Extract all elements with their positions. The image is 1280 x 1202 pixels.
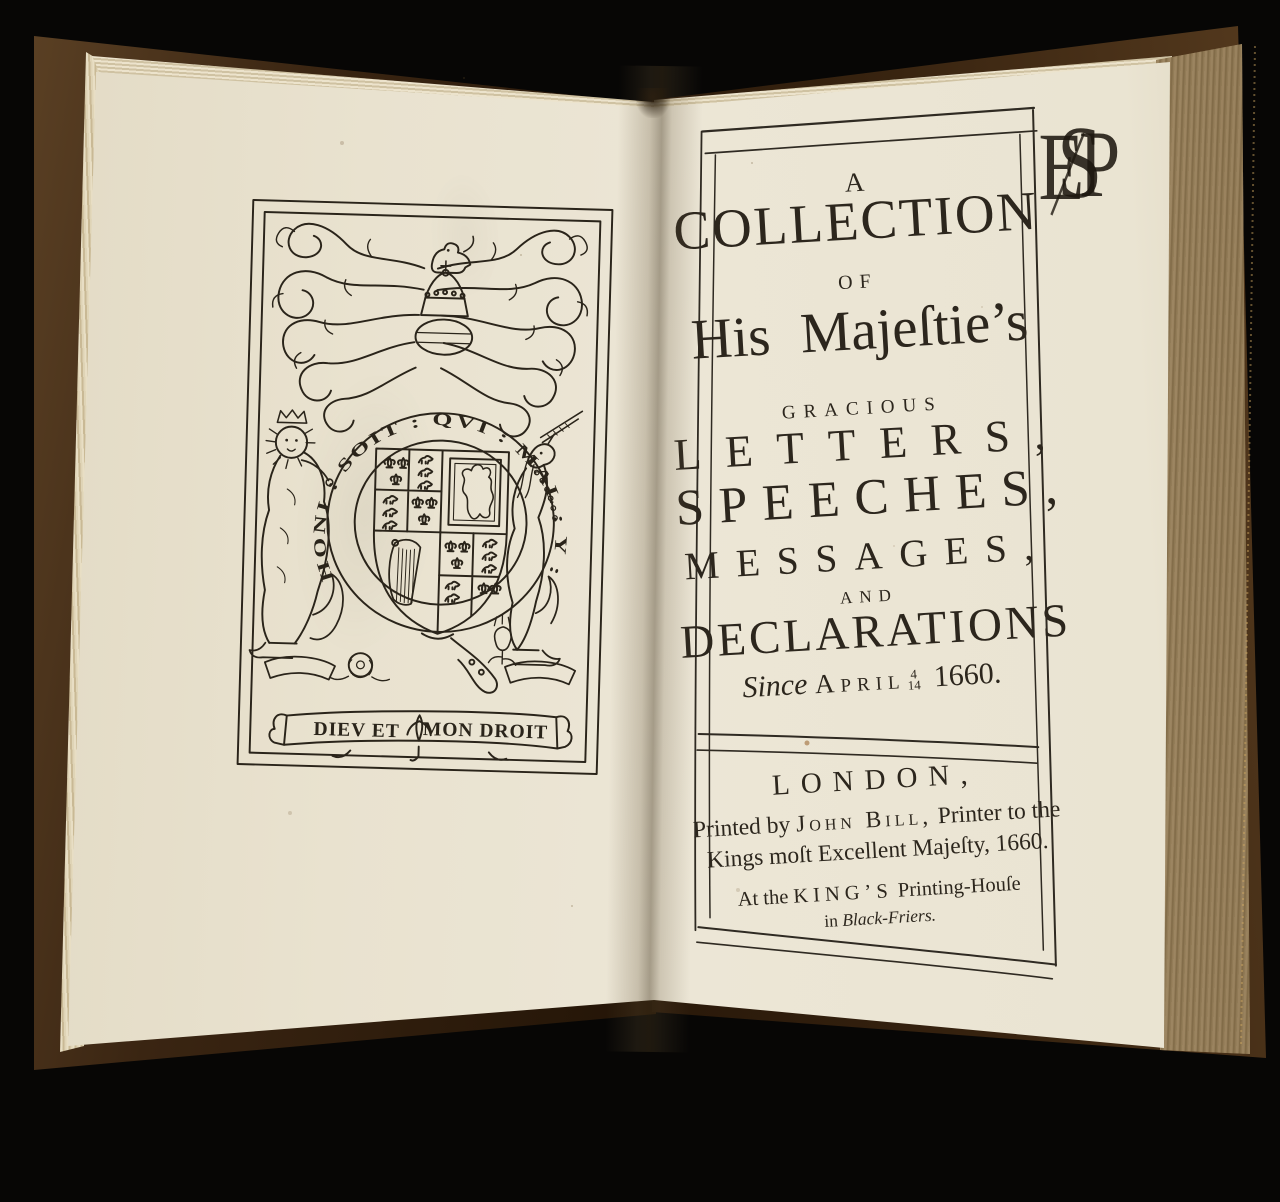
- banner-motto-right: MON DROIT: [423, 719, 549, 743]
- rose-icon: [331, 652, 390, 681]
- monogram-letter-p: P: [1079, 117, 1120, 212]
- banner-motto-left: DIEV ET: [313, 719, 400, 742]
- in-word: in: [824, 910, 839, 931]
- garter-ring: HONI : SOIT : QVI : MAL : Y : PENSE: [238, 195, 581, 695]
- old-new-style-date-fraction: 414: [907, 668, 921, 691]
- ownership-monogram-stamp: E S P: [1040, 124, 1112, 220]
- paper-speckles: [0, 0, 2, 2]
- fraction-denominator: 14: [907, 679, 921, 691]
- year: 1660.: [933, 656, 1002, 693]
- royal-arms-bookplate: HONI : SOIT : QVI : MAL : Y : PENSE: [232, 195, 618, 779]
- april-word: April: [814, 664, 906, 699]
- since-word: Since: [742, 668, 809, 705]
- mantling-foliage: [269, 223, 590, 438]
- title-page: A COLLECTION OF His Majeſtie’s GRACIOUS …: [661, 76, 1073, 1009]
- royal-arms-engraving: HONI : SOIT : QVI : MAL : Y : PENSE: [232, 195, 618, 779]
- compartment-base: [264, 608, 576, 687]
- at-the: At the: [737, 886, 789, 911]
- motto-banner: DIEV ET MON DROIT: [269, 706, 572, 765]
- book-photograph: HONI : SOIT : QVI : MAL : Y : PENSE: [0, 0, 1280, 1202]
- lion-supporter: [249, 409, 348, 660]
- crest-crown-helm: [415, 235, 475, 356]
- quartered-royal-shield: [371, 449, 509, 636]
